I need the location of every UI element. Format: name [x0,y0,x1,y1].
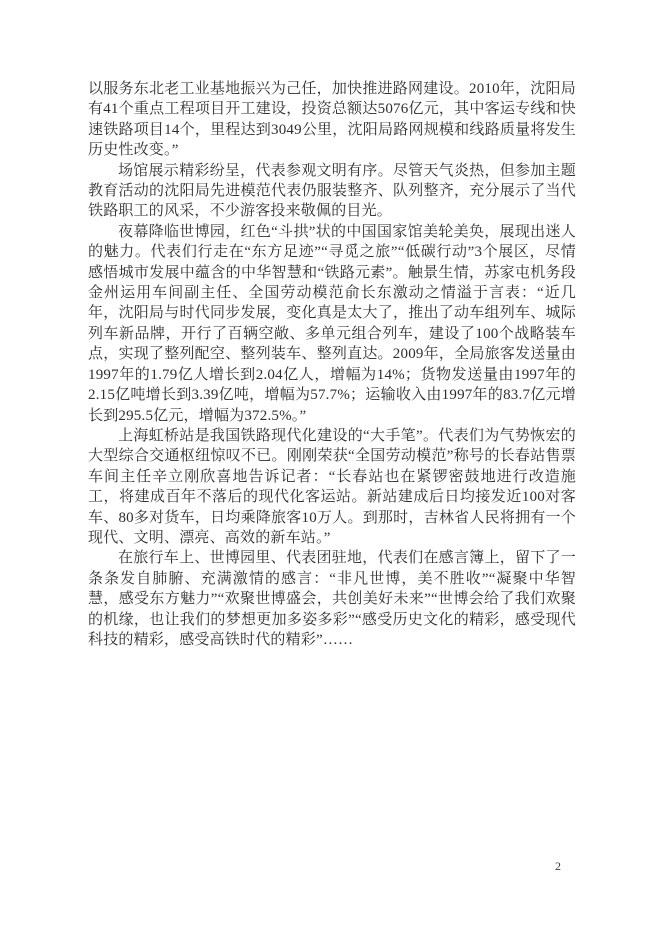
paragraph: 夜幕降临世博园，红色“斗拱”状的中国国家馆美轮美奂，展现出迷人的魅力。代表们行走… [88,222,576,426]
document-page: 以服务东北老工业基地振兴为己任，加快推进路网建设。2010年，沈阳局有41个重点… [0,0,661,935]
paragraph: 场馆展示精彩纷呈，代表参观文明有序。尽管天气炎热，但参加主题教育活动的沈阳局先进… [88,161,576,222]
paragraph: 在旅行车上、世博园里、代表团驻地，代表们在感言簿上，留下了一条条发自肺腑、充满激… [88,548,576,650]
document-body-text: 以服务东北老工业基地振兴为己任，加快推进路网建设。2010年，沈阳局有41个重点… [88,79,576,650]
page-number: 2 [548,859,568,874]
paragraph: 以服务东北老工业基地振兴为己任，加快推进路网建设。2010年，沈阳局有41个重点… [88,79,576,161]
paragraph: 上海虹桥站是我国铁路现代化建设的“大手笔”。代表们为气势恢宏的大型综合交通枢纽惊… [88,426,576,548]
